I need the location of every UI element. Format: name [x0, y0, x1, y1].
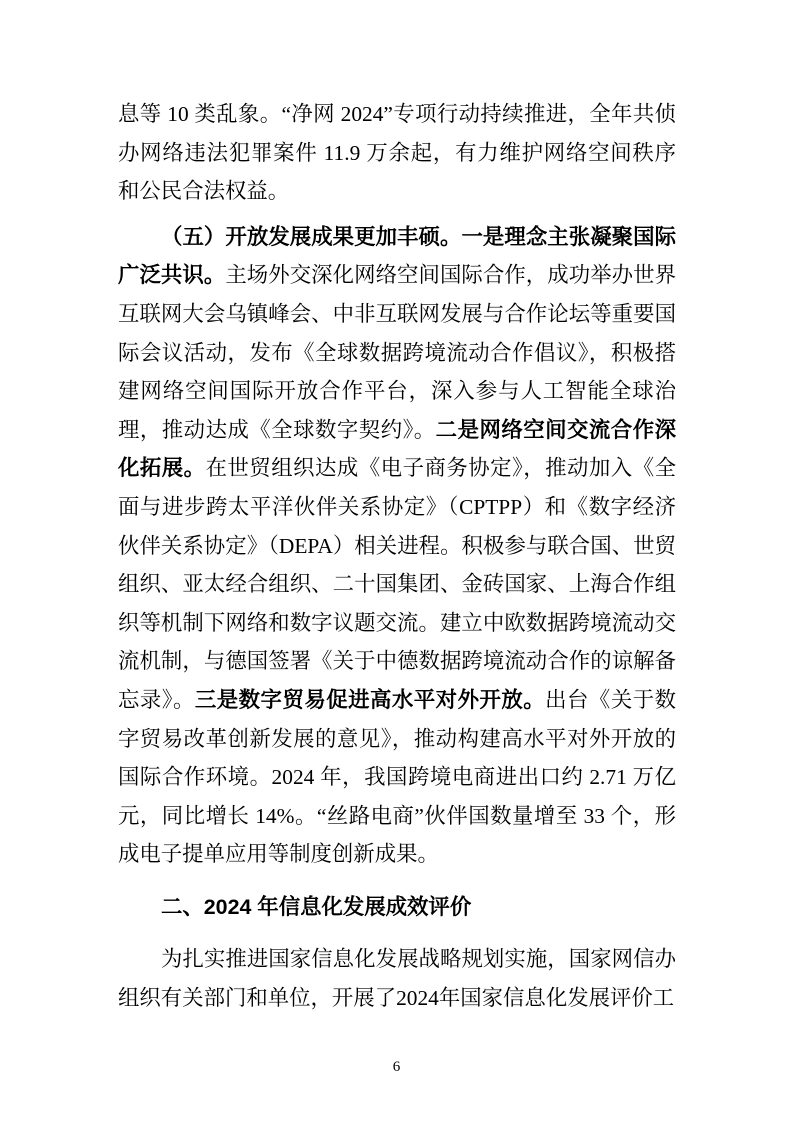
- page-footer: 6: [0, 1058, 793, 1076]
- text-run: 在世贸组织达成《电子商务协定》，推动加入《全面与进步跨太平洋伙伴关系协定》（CP…: [118, 456, 676, 712]
- bold-text-run: 二、2024 年信息化发展成效评价: [161, 895, 471, 919]
- paragraph: 为扎实推进国家信息化发展战略规划实施，国家网信办组织有关部门和单位，开展了202…: [118, 940, 676, 1017]
- document-page: 息等 10 类乱象。“净网 2024”专项行动持续推进，全年共侦办网络违法犯罪案…: [0, 0, 793, 1122]
- paragraph: 息等 10 类乱象。“净网 2024”专项行动持续推进，全年共侦办网络违法犯罪案…: [118, 95, 676, 211]
- document-body: 息等 10 类乱象。“净网 2024”专项行动持续推进，全年共侦办网络违法犯罪案…: [118, 95, 676, 1018]
- paragraph: （五）开放发展成果更加丰硕。一是理念主张凝聚国际广泛共识。主场外交深化网络空间国…: [118, 218, 676, 874]
- text-run: 主场外交深化网络空间国际合作，成功举办世界互联网大会乌镇峰会、中非互联网发展与合…: [118, 263, 676, 441]
- bold-text-run: 三是数字贸易促进高水平对外开放。: [195, 688, 545, 712]
- section-heading: 二、2024 年信息化发展成效评价: [118, 888, 676, 927]
- page-number: 6: [393, 1059, 401, 1075]
- text-run: 息等 10 类乱象。“净网 2024”专项行动持续推进，全年共侦办网络违法犯罪案…: [118, 102, 676, 203]
- text-run: 出台《关于数字贸易改革创新发展的意见》，推动构建高水平对外开放的国际合作环境。2…: [118, 688, 676, 866]
- bold-text-run: （五）开放发展成果更加丰硕。: [161, 225, 461, 249]
- text-run: 为扎实推进国家信息化发展战略规划实施，国家网信办组织有关部门和单位，开展了202…: [118, 947, 676, 1010]
